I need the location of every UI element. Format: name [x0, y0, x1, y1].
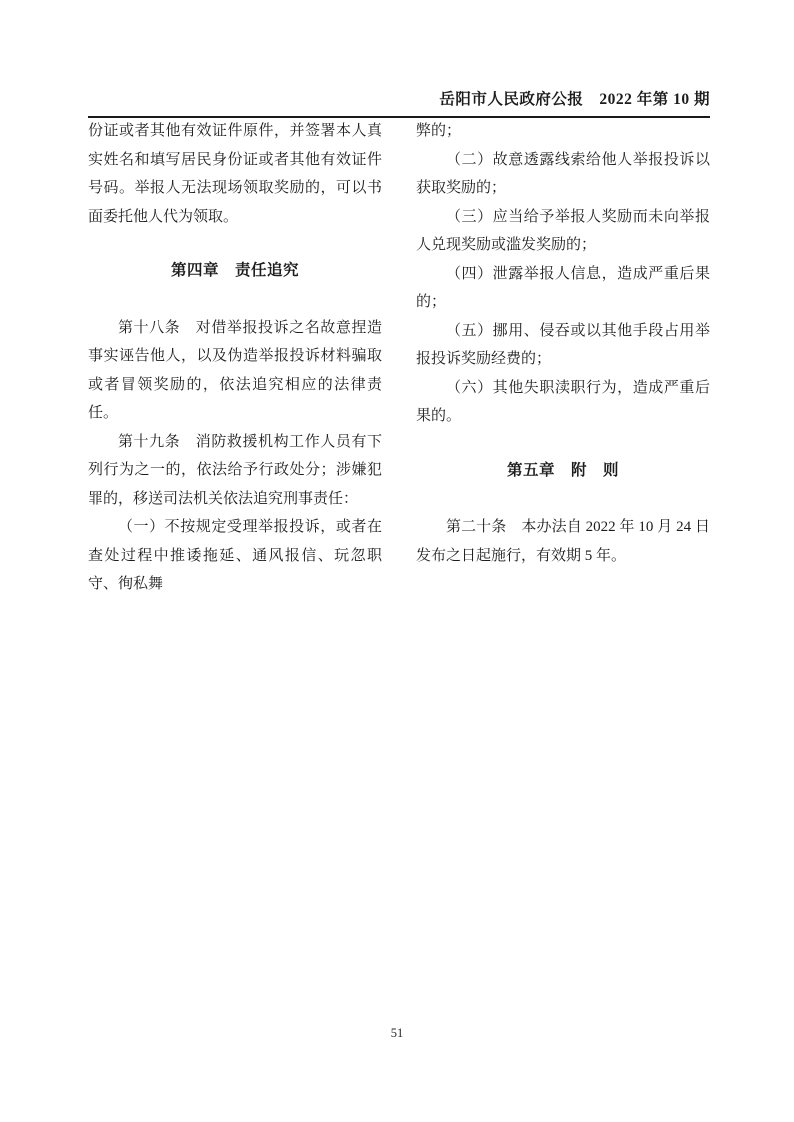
list-item-1: （一）不按规定受理举报投诉，或者在查处过程中推诿拖延、通风报信、玩忽职守、徇私舞 — [88, 513, 382, 599]
paragraph-continuation: 份证或者其他有效证件原件，并签署本人真实姓名和填写居民身份证或者其他有效证件号码… — [88, 117, 382, 231]
page-header: 岳阳市人民政府公报 2022 年第 10 期 — [88, 91, 710, 118]
paragraph-continuation: 弊的； — [416, 117, 710, 146]
chapter-heading-4: 第四章 责任追究 — [88, 257, 382, 286]
list-item-4: （四）泄露举报人信息，造成严重后果的； — [416, 260, 710, 317]
list-item-5: （五）挪用、侵吞或以其他手段占用举报投诉奖励经费的； — [416, 317, 710, 374]
article-19-paragraph: 第十九条 消防救援机构工作人员有下列行为之一的，依法给予行政处分；涉嫌犯罪的，移… — [88, 428, 382, 514]
list-item-2: （二）故意透露线索给他人举报投诉以获取奖励的； — [416, 146, 710, 203]
page-number: 51 — [0, 1026, 794, 1041]
list-item-6: （六）其他失职渎职行为，造成严重后果的。 — [416, 374, 710, 431]
right-column: 弊的； （二）故意透露线索给他人举报投诉以获取奖励的； （三）应当给予举报人奖励… — [416, 117, 710, 599]
document-page: 岳阳市人民政府公报 2022 年第 10 期 份证或者其他有效证件原件，并签署本… — [0, 0, 794, 1122]
article-18-paragraph: 第十八条 对借举报投诉之名故意捏造事实诬告他人，以及伪造举报投诉材料骗取或者冒领… — [88, 314, 382, 428]
two-column-body: 份证或者其他有效证件原件，并签署本人真实姓名和填写居民身份证或者其他有效证件号码… — [88, 117, 710, 599]
left-column: 份证或者其他有效证件原件，并签署本人真实姓名和填写居民身份证或者其他有效证件号码… — [88, 117, 382, 599]
article-20-paragraph: 第二十条 本办法自 2022 年 10 月 24 日发布之日起施行，有效期 5 … — [416, 513, 710, 570]
chapter-heading-5: 第五章 附 则 — [416, 457, 710, 486]
list-item-3: （三）应当给予举报人奖励而未向举报人兑现奖励或滥发奖励的； — [416, 203, 710, 260]
gazette-header-title: 岳阳市人民政府公报 2022 年第 10 期 — [439, 91, 710, 108]
